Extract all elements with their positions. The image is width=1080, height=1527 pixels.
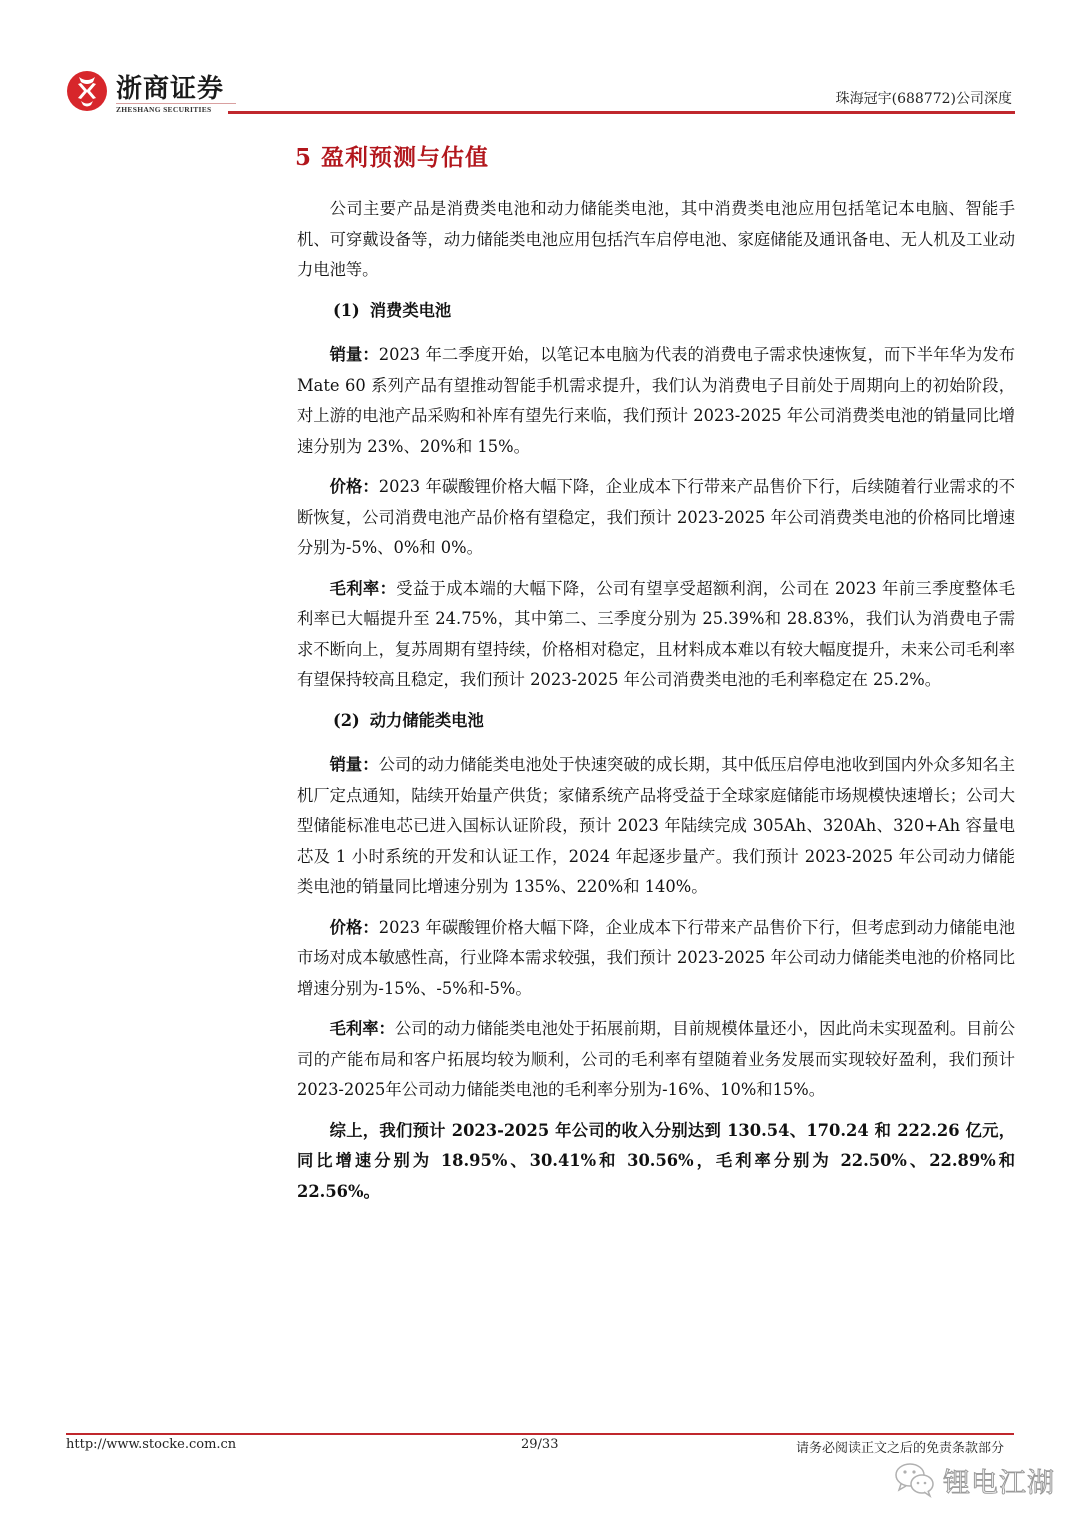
paragraph-lead: 价格： (330, 918, 379, 937)
logo-text-cn: 浙商证券 (116, 68, 224, 105)
power-volume-paragraph: 销量：公司的动力储能类电池处于快速突破的成长期，其中低压启停电池收到国内外众多知… (297, 750, 1015, 903)
subheading-label: 消费类电池 (370, 301, 451, 320)
report-title: 珠海冠宇(688772)公司深度 (836, 88, 1012, 108)
power-margin-paragraph: 毛利率：公司的动力储能类电池处于拓展前期，目前规模体量还小，因此尚未实现盈利。目… (297, 1014, 1015, 1106)
zheshang-logo-icon (66, 70, 108, 112)
subheading-label: 动力储能类电池 (370, 711, 484, 730)
footer-divider (66, 1433, 1014, 1435)
subheading-number: (1) (333, 301, 360, 320)
paragraph-text: 2023 年二季度开始，以笔记本电脑为代表的消费电子需求快速恢复，而下半年华为发… (297, 345, 1015, 456)
header-divider (228, 111, 1015, 114)
paragraph-lead: 价格： (330, 477, 379, 496)
watermark-text: 锂电江湖 (943, 1461, 1055, 1500)
consumer-price-paragraph: 价格：2023 年碳酸锂价格大幅下降，企业成本下行带来产品售价下行，后续随着行业… (297, 472, 1015, 564)
subheading-power-storage-battery: (2)动力储能类电池 (297, 706, 1015, 737)
consumer-volume-paragraph: 销量：2023 年二季度开始，以笔记本电脑为代表的消费电子需求快速恢复，而下半年… (297, 340, 1015, 462)
paragraph-text: 公司的动力储能类电池处于快速突破的成长期，其中低压启停电池收到国内外众多知名主机… (297, 755, 1015, 896)
wechat-icon (893, 1460, 937, 1500)
section-title: 5 盈利预测与估值 (295, 139, 489, 172)
paragraph-lead: 销量： (330, 345, 379, 364)
summary-paragraph: 综上，我们预计 2023-2025 年公司的收入分别达到 130.54、170.… (297, 1116, 1015, 1208)
subheading-number: (2) (333, 711, 360, 730)
report-body: 公司主要产品是消费类电池和动力储能类电池，其中消费类电池应用包括笔记本电脑、智能… (297, 194, 1015, 1217)
company-logo: 浙商证券 ZHESHANG SECURITIES (66, 70, 226, 118)
paragraph-text: 2023 年碳酸锂价格大幅下降，企业成本下行带来产品售价下行，但考虑到动力储能电… (297, 918, 1015, 998)
subheading-consumer-battery: (1)消费类电池 (297, 296, 1015, 327)
paragraph-lead: 毛利率： (330, 579, 397, 598)
paragraph-text: 2023 年碳酸锂价格大幅下降，企业成本下行带来产品售价下行，后续随着行业需求的… (297, 477, 1015, 557)
page-number: 29/33 (521, 1437, 558, 1452)
footer-disclaimer: 请务必阅读正文之后的免责条款部分 (796, 1437, 1004, 1456)
power-price-paragraph: 价格：2023 年碳酸锂价格大幅下降，企业成本下行带来产品售价下行，但考虑到动力… (297, 913, 1015, 1005)
consumer-margin-paragraph: 毛利率：受益于成本端的大幅下降，公司有望享受超额利润，公司在 2023 年前三季… (297, 574, 1015, 696)
paragraph-lead: 销量： (330, 755, 379, 774)
logo-divider (116, 103, 236, 104)
paragraph-lead: 毛利率： (330, 1019, 395, 1038)
footer-website-link[interactable]: http://www.stocke.com.cn (66, 1437, 236, 1452)
paragraph-text: 受益于成本端的大幅下降，公司有望享受超额利润，公司在 2023 年前三季度整体毛… (297, 579, 1015, 690)
paragraph-text: 公司的动力储能类电池处于拓展前期，目前规模体量还小，因此尚未实现盈利。目前公司的… (297, 1019, 1015, 1099)
intro-paragraph: 公司主要产品是消费类电池和动力储能类电池，其中消费类电池应用包括笔记本电脑、智能… (297, 194, 1015, 286)
logo-text-en: ZHESHANG SECURITIES (116, 105, 212, 114)
wechat-watermark: 锂电江湖 (893, 1458, 1055, 1502)
